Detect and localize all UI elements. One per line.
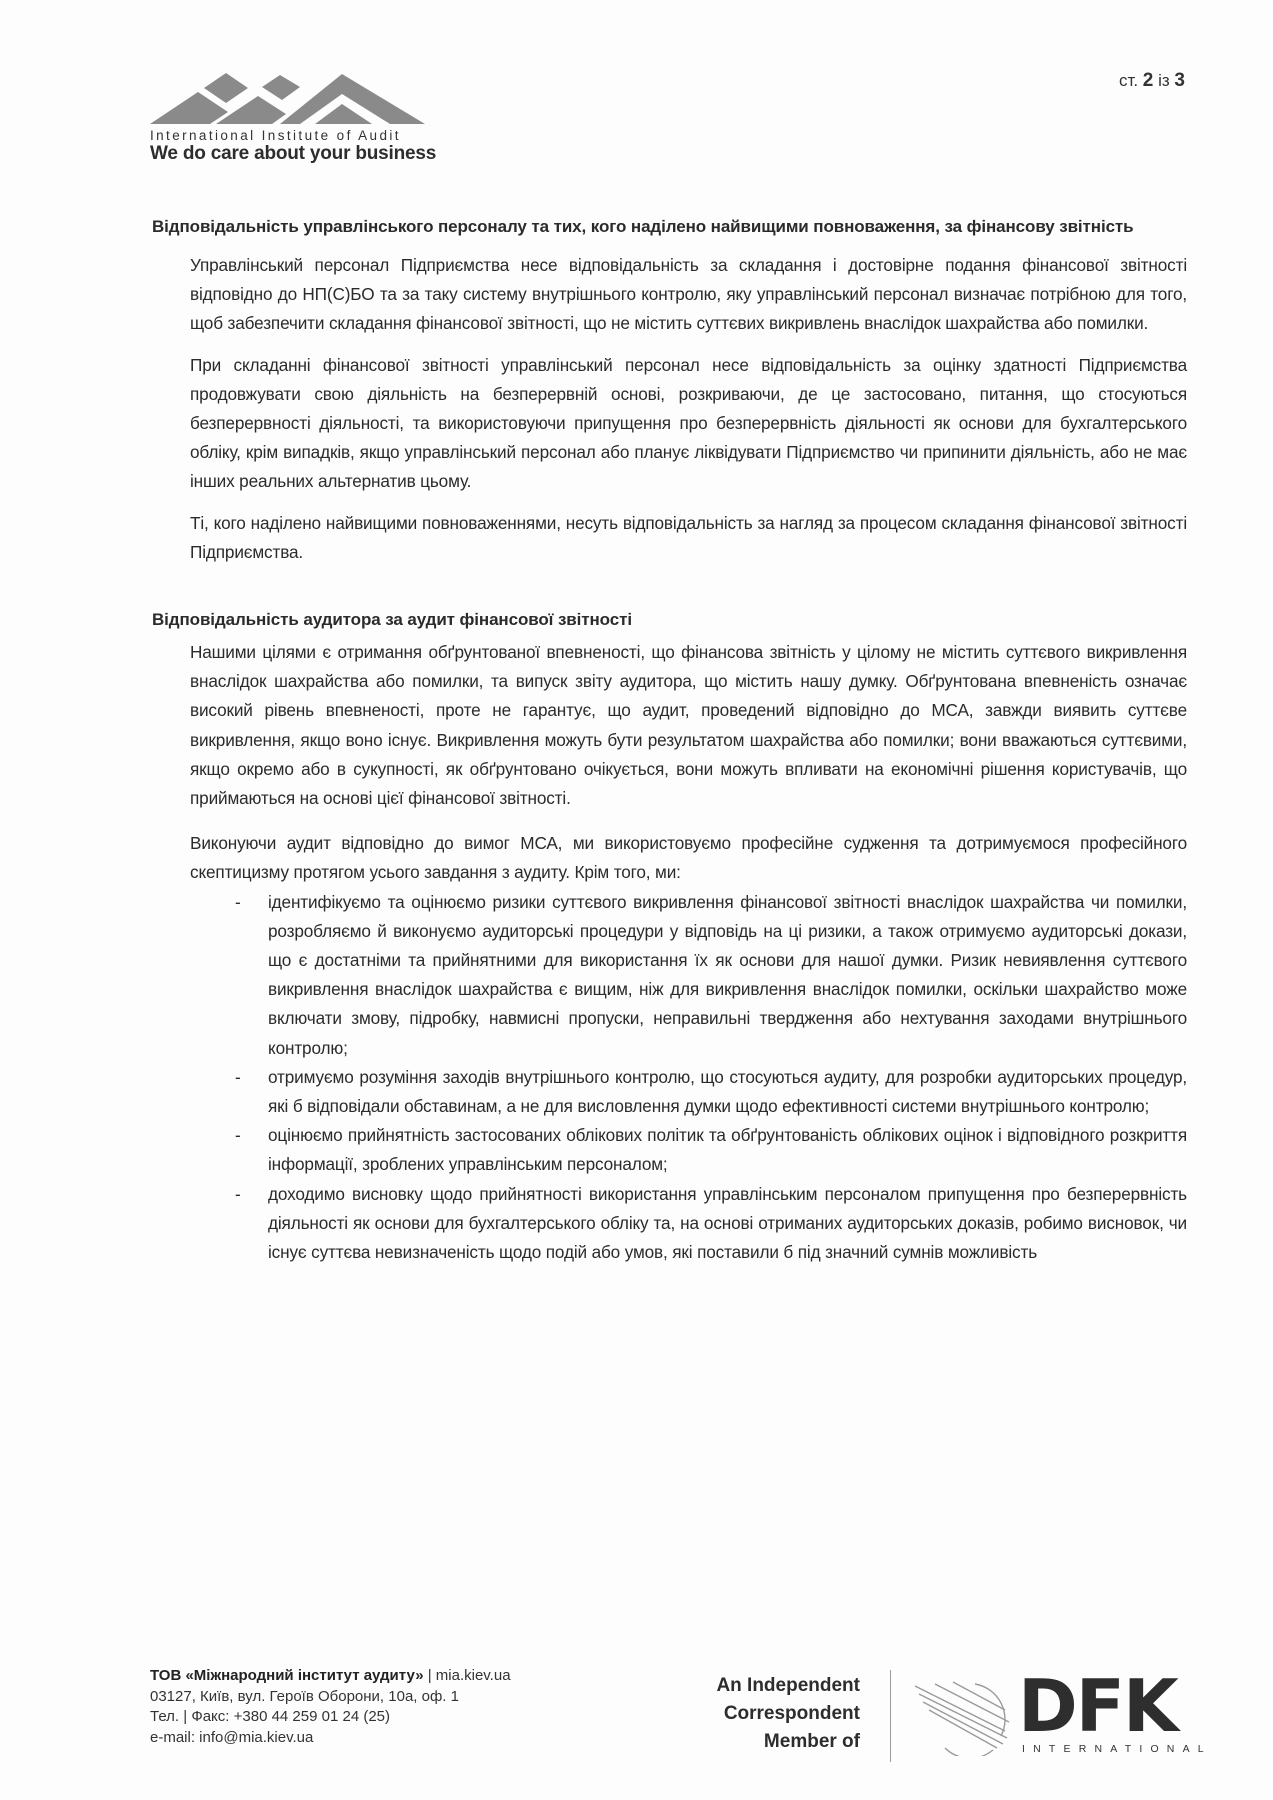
dfk-logo-text: DFK — [1018, 1664, 1177, 1748]
dash-bullet-icon: - — [235, 888, 241, 917]
logo-tagline: We do care about your business — [150, 143, 470, 165]
member-line: An Independent — [716, 1672, 860, 1700]
list-item-text: доходимо висновку щодо прийнятності вико… — [268, 1184, 1187, 1262]
mountain-logo-icon — [150, 58, 425, 126]
paragraph: Ті, кого наділено найвищими повноваження… — [190, 509, 1187, 567]
procedures-list: -ідентифікуємо та оцінюємо ризики суттєв… — [190, 888, 1187, 1268]
company-logo: International Institute of Audit We do c… — [150, 58, 470, 165]
page-total: 3 — [1174, 70, 1185, 91]
dash-bullet-icon: - — [235, 1063, 241, 1092]
list-item-text: отримуємо розуміння заходів внутрішнього… — [268, 1067, 1187, 1116]
list-item-text: ідентифікуємо та оцінюємо ризики суттєво… — [268, 892, 1187, 1058]
document-body: Відповідальність управлінського персонал… — [152, 212, 1187, 1267]
logo-name: International Institute of Audit — [150, 128, 470, 143]
address: 03127, Київ, вул. Героїв Оборони, 10а, о… — [150, 1687, 511, 1708]
dfk-membership: An Independent Correspondent Member of D… — [700, 1672, 1180, 1762]
section-heading: Відповідальність управлінського персонал… — [152, 212, 1187, 241]
email[interactable]: e-mail: info@mia.kiev.ua — [150, 1728, 511, 1749]
dash-bullet-icon: - — [235, 1180, 241, 1209]
dash-bullet-icon: - — [235, 1121, 241, 1150]
page-current: 2 — [1143, 70, 1154, 91]
page-sep: із — [1158, 71, 1170, 90]
member-line: Correspondent — [716, 1700, 860, 1728]
paragraph: Управлінський персонал Підприємства несе… — [190, 251, 1187, 339]
list-item: -оцінюємо прийнятність застосованих облі… — [190, 1121, 1187, 1179]
page-number: ст. 2 із 3 — [1119, 70, 1185, 92]
section-management-responsibility: Відповідальність управлінського персонал… — [152, 212, 1187, 567]
website-link[interactable]: mia.kiev.ua — [436, 1667, 511, 1684]
list-item-text: оцінюємо прийнятність застосованих облік… — [268, 1125, 1187, 1174]
membership-text: An Independent Correspondent Member of — [716, 1672, 860, 1756]
page-prefix: ст. — [1119, 71, 1138, 90]
globe-icon — [905, 1676, 1015, 1756]
separator: | — [424, 1667, 436, 1684]
list-item: -доходимо висновку щодо прийнятності вик… — [190, 1180, 1187, 1268]
company-name: ТОВ «Міжнародний інститут аудиту» — [150, 1667, 424, 1684]
list-item: -отримуємо розуміння заходів внутрішньог… — [190, 1063, 1187, 1121]
divider — [890, 1670, 891, 1762]
member-line: Member of — [716, 1728, 860, 1756]
list-item: -ідентифікуємо та оцінюємо ризики суттєв… — [190, 888, 1187, 1063]
section-heading: Відповідальність аудитора за аудит фінан… — [152, 605, 1187, 634]
paragraph: При складанні фінансової звітності управ… — [190, 351, 1187, 497]
section-auditor-responsibility: Відповідальність аудитора за аудит фінан… — [152, 605, 1187, 1267]
paragraph: Виконуючи аудит відповідно до вимог МСА,… — [190, 829, 1187, 887]
company-contacts: ТОВ «Міжнародний інститут аудиту» | mia.… — [150, 1666, 511, 1748]
dfk-logo-subtitle: INTERNATIONAL — [1022, 1743, 1212, 1755]
phone-fax: Тел. | Факс: +380 44 259 01 24 (25) — [150, 1707, 511, 1728]
paragraph: Нашими цілями є отримання обґрунтованої … — [190, 638, 1187, 813]
